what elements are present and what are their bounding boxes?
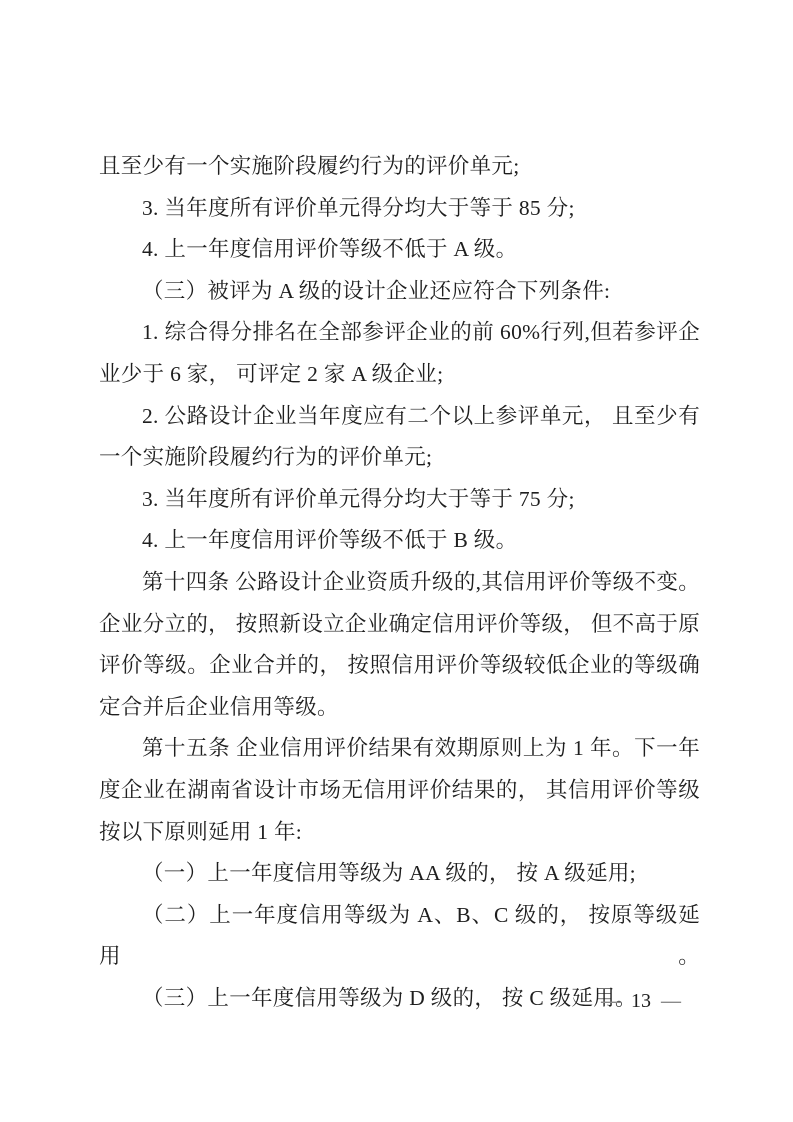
- text-line: 4. 上一年度信用评价等级不低于 B 级。: [99, 520, 700, 562]
- text-line: 2. 公路设计企业当年度应有二个以上参评单元， 且至少有: [99, 396, 700, 438]
- text-line: 企业分立的， 按照新设立企业确定信用评价等级， 但不高于原: [99, 604, 700, 646]
- text-line: 第十五条 企业信用评价结果有效期原则上为 1 年。下一年: [99, 728, 700, 770]
- text-line: 评价等级。企业合并的， 按照信用评价等级较低企业的等级确: [99, 645, 700, 687]
- text-line: 业少于 6 家， 可评定 2 家 A 级企业;: [99, 354, 700, 396]
- document-page: 且至少有一个实施阶段履约行为的评价单元; 3. 当年度所有评价单元得分均大于等于…: [0, 0, 793, 1122]
- page-number-dash-left: —: [601, 990, 621, 1012]
- text-line: （二）上一年度信用等级为 A、B、C 级的， 按原等级延用。: [99, 895, 700, 978]
- text-line: 按以下原则延用 1 年:: [99, 812, 700, 854]
- text-line: 定合并后企业信用等级。: [99, 687, 700, 729]
- page-number: —13—: [601, 986, 681, 1016]
- text-line: 3. 当年度所有评价单元得分均大于等于 75 分;: [99, 479, 700, 521]
- text-line: 第十四条 公路设计企业资质升级的,其信用评价等级不变。: [99, 562, 700, 604]
- document-body: 且至少有一个实施阶段履约行为的评价单元; 3. 当年度所有评价单元得分均大于等于…: [99, 146, 700, 1019]
- text-line: 1. 综合得分排名在全部参评企业的前 60%行列,但若参评企: [99, 312, 700, 354]
- text-line: 一个实施阶段履约行为的评价单元;: [99, 437, 700, 479]
- page-number-dash-right: —: [661, 990, 681, 1012]
- text-line: （一）上一年度信用等级为 AA 级的， 按 A 级延用;: [99, 853, 700, 895]
- text-line: 3. 当年度所有评价单元得分均大于等于 85 分;: [99, 188, 700, 230]
- text-line: （三）被评为 A 级的设计企业还应符合下列条件:: [99, 271, 700, 313]
- text-line: 4. 上一年度信用评价等级不低于 A 级。: [99, 229, 700, 271]
- text-line: 度企业在湖南省设计市场无信用评价结果的， 其信用评价等级: [99, 770, 700, 812]
- page-number-value: 13: [631, 990, 651, 1012]
- text-line: 且至少有一个实施阶段履约行为的评价单元;: [99, 146, 700, 188]
